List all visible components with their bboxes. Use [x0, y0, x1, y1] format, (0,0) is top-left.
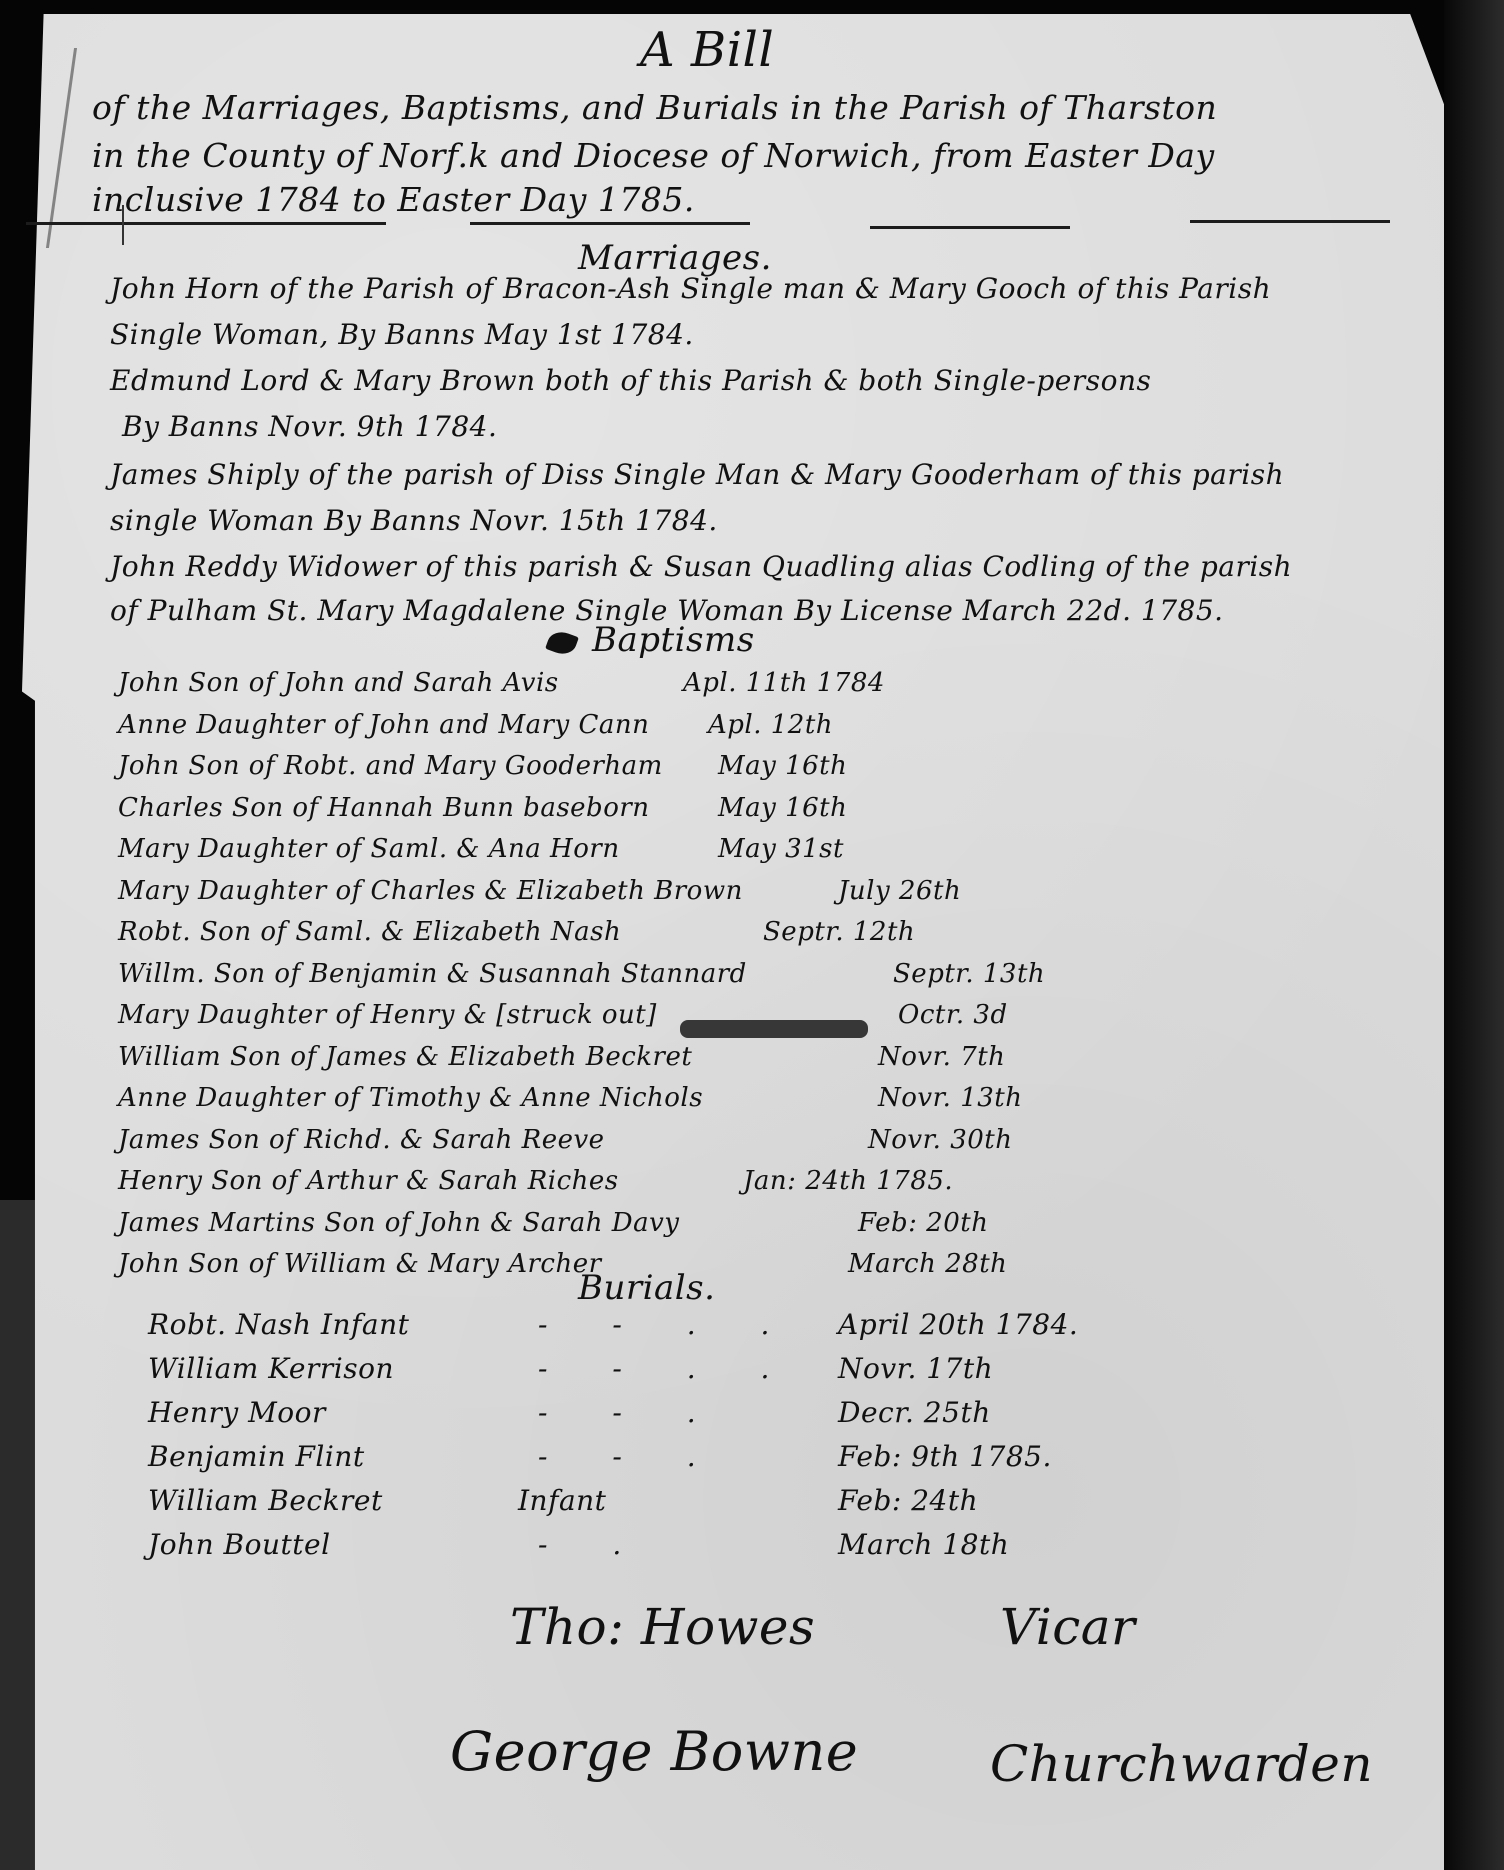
burial-date: Feb: 24th — [838, 1484, 978, 1517]
vicar-signature: Tho: Howes — [510, 1598, 815, 1656]
struck-out-text — [680, 1020, 868, 1038]
burial-filler-dashes: - . — [538, 1528, 649, 1561]
baptism-name: Mary Daughter of Saml. & Ana Horn — [118, 834, 620, 864]
header-rule — [1190, 220, 1390, 223]
baptism-date: Septr. 13th — [893, 959, 1045, 989]
burial-name: William Beckret — [148, 1484, 383, 1517]
header-rule — [470, 222, 750, 225]
heading-line-1: of the Marriages, Baptisms, and Burials … — [92, 88, 1217, 127]
header-rule — [870, 226, 1070, 229]
burial-filler-dashes: - - . . — [538, 1308, 797, 1341]
burial-name: John Bouttel — [148, 1528, 331, 1561]
burial-date: April 20th 1784. — [838, 1308, 1078, 1341]
scan-edge-shadow — [1444, 0, 1504, 1870]
baptism-date: Apl. 11th 1784 — [683, 668, 885, 698]
burial-date: Decr. 25th — [838, 1396, 991, 1429]
baptism-name: Mary Daughter of Henry & [struck out] — [118, 1000, 657, 1030]
burial-name: Robt. Nash Infant — [148, 1308, 409, 1341]
section-heading-baptisms: Baptisms — [592, 620, 755, 660]
baptism-date: May 31st — [718, 834, 844, 864]
burial-name: Henry Moor — [148, 1396, 326, 1429]
churchwarden-signature: George Bowne — [450, 1720, 858, 1783]
baptism-date: Apl. 12th — [708, 710, 833, 740]
burial-filler-dashes: - - . — [538, 1440, 724, 1473]
burial-date: Novr. 17th — [838, 1352, 993, 1385]
marriage-line: John Reddy Widower of this parish & Susa… — [110, 550, 1292, 583]
marriage-line: Single Woman, By Banns May 1st 1784. — [110, 318, 694, 351]
baptism-date: July 26th — [838, 876, 961, 906]
baptism-name: William Son of James & Elizabeth Beckret — [118, 1042, 692, 1072]
marriage-line: James Shiply of the parish of Diss Singl… — [110, 458, 1284, 491]
folded-corner-edge — [46, 48, 81, 248]
baptism-name: Charles Son of Hannah Bunn baseborn — [118, 793, 650, 823]
marriage-line: By Banns Novr. 9th 1784. — [122, 410, 497, 443]
baptism-date: Jan: 24th 1785. — [743, 1166, 953, 1196]
baptism-name: Mary Daughter of Charles & Elizabeth Bro… — [118, 876, 743, 906]
baptism-name: Robt. Son of Saml. & Elizabeth Nash — [118, 917, 621, 947]
baptism-name: Willm. Son of Benjamin & Susannah Stanna… — [118, 959, 747, 989]
baptism-name: Anne Daughter of John and Mary Cann — [118, 710, 649, 740]
baptism-name: John Son of John and Sarah Avis — [118, 668, 559, 698]
baptism-date: Octr. 3d — [898, 1000, 1008, 1030]
baptism-date: Novr. 13th — [878, 1083, 1022, 1113]
baptism-name: James Martins Son of John & Sarah Davy — [118, 1208, 679, 1238]
burial-filler-dashes: - - . — [538, 1396, 724, 1429]
vicar-title: Vicar — [1000, 1598, 1135, 1656]
churchwarden-title: Churchwarden — [990, 1735, 1373, 1793]
burial-note: Infant — [518, 1484, 606, 1517]
burial-date: March 18th — [838, 1528, 1009, 1561]
baptism-date: May 16th — [718, 793, 847, 823]
section-heading-burials: Burials. — [578, 1268, 715, 1308]
baptism-date: May 16th — [718, 751, 847, 781]
baptism-date: Feb: 20th — [858, 1208, 988, 1238]
marriage-line: John Horn of the Parish of Bracon-Ash Si… — [110, 272, 1271, 305]
baptism-name: John Son of William & Mary Archer — [118, 1249, 602, 1279]
baptism-date: March 28th — [848, 1249, 1007, 1279]
burial-name: William Kerrison — [148, 1352, 394, 1385]
burial-name: Benjamin Flint — [148, 1440, 365, 1473]
baptism-name: Anne Daughter of Timothy & Anne Nichols — [118, 1083, 703, 1113]
heading-line-2: in the County of Norf.k and Diocese of N… — [92, 136, 1215, 175]
header-rule — [26, 222, 386, 225]
marriage-line: Edmund Lord & Mary Brown both of this Pa… — [110, 364, 1151, 397]
baptism-date: Novr. 30th — [868, 1125, 1012, 1155]
document-title: A Bill — [640, 22, 774, 78]
baptism-date: Novr. 7th — [878, 1042, 1005, 1072]
heading-line-3: inclusive 1784 to Easter Day 1785. — [92, 180, 695, 219]
baptism-date: Septr. 12th — [763, 917, 915, 947]
burial-filler-dashes: - - . . — [538, 1352, 797, 1385]
marriage-line: single Woman By Banns Novr. 15th 1784. — [110, 504, 718, 537]
burial-date: Feb: 9th 1785. — [838, 1440, 1052, 1473]
baptism-name: John Son of Robt. and Mary Gooderham — [118, 751, 663, 781]
baptism-name: James Son of Richd. & Sarah Reeve — [118, 1125, 605, 1155]
baptism-name: Henry Son of Arthur & Sarah Riches — [118, 1166, 619, 1196]
margin-tick — [122, 205, 124, 245]
